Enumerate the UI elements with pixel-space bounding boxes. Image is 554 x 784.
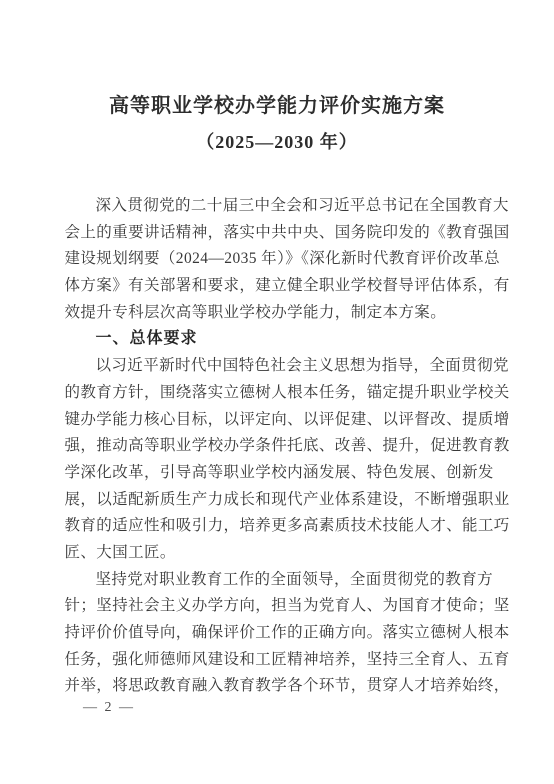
text-line: 深入贯彻党的二十届三中全会和习近平总书记在全国教育大 [65,193,490,220]
text-line: 键办学能力核心目标，以评定向、以评促建、以评督改、提质增 [65,407,490,434]
text-line: 的教育方针，围绕落实立德树人根本任务，锚定提升职业学校关 [65,380,490,407]
text-line: 持评价价值导向，确保评价工作的正确方向。落实立德树人根本 [65,620,490,647]
text-line: 体方案》有关部署和要求，建立健全职业学校督导评估体系，有 [65,273,490,300]
text-line: 建设规划纲要（2024—2035 年）》《深化新时代教育评价改革总 [65,246,490,273]
document-subtitle: （2025—2030 年） [0,130,554,154]
document-title: 高等职业学校办学能力评价实施方案 [0,94,554,118]
text-line: 教育的适应性和吸引力，培养更多高素质技术技能人才、能工巧 [65,513,490,540]
page-number: — 2 — [83,700,135,716]
text-line: 坚持党对职业教育工作的全面领导，全面贯彻党的教育方 [65,567,490,594]
text-line: 会上的重要讲话精神，落实中共中央、国务院印发的《教育强国 [65,220,490,247]
document-body: 深入贯彻党的二十届三中全会和习近平总书记在全国教育大会上的重要讲话精神，落实中共… [65,193,490,700]
text-line: 强，推动高等职业学校办学条件托底、改善、提升，促进教育教 [65,433,490,460]
document-page: 高等职业学校办学能力评价实施方案 （2025—2030 年） 深入贯彻党的二十届… [0,0,554,784]
text-line: 针；坚持社会主义办学方向，担当为党育人、为国育才使命；坚 [65,593,490,620]
text-line: 任务，强化师德师风建设和工匠精神培养，坚持三全育人、五育 [65,647,490,674]
text-line: 以习近平新时代中国特色社会主义思想为指导，全面贯彻党 [65,353,490,380]
section-heading: 一、总体要求 [65,326,490,353]
text-line: 展，以适配新质生产力成长和现代产业体系建设，不断增强职业 [65,487,490,514]
text-line: 并举，将思政教育融入教育教学各个环节，贯穿人才培养始终， [65,673,490,700]
text-line: 匠、大国工匠。 [65,540,490,567]
text-line: 学深化改革，引导高等职业学校内涵发展、特色发展、创新发 [65,460,490,487]
text-line: 效提升专科层次高等职业学校办学能力，制定本方案。 [65,300,490,327]
